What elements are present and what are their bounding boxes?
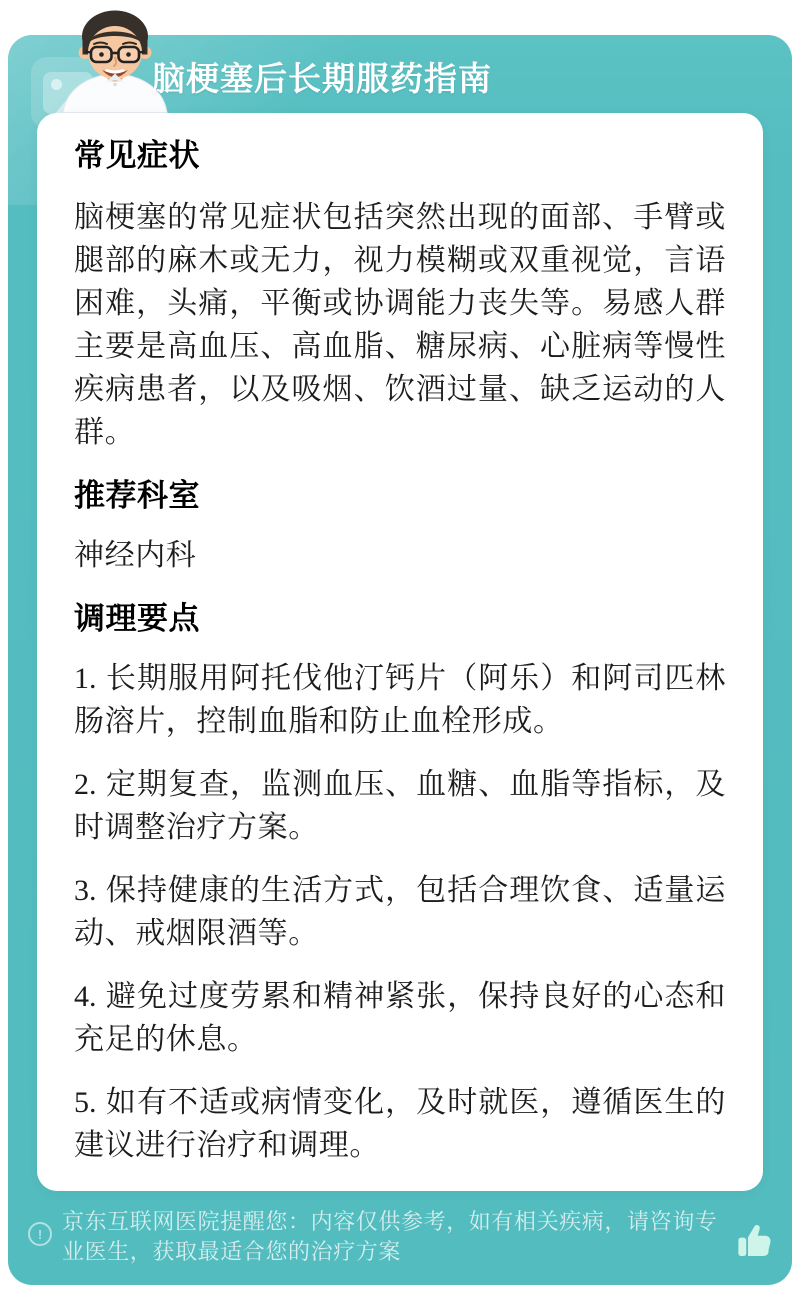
info-icon: ! [28,1222,52,1246]
care-item-5-number: 5. [74,1086,97,1119]
thumbs-up-icon[interactable] [734,1221,776,1263]
care-item-3: 3.保持健康的生活方式，包括合理饮食、适量运动、戒烟限酒等。 [74,869,726,955]
disclaimer-text: 京东互联网医院提醒您：内容仅供参考，如有相关疾病，请咨询专业医生，获取最适合您的… [62,1207,738,1267]
department-value: 神经内科 [74,534,726,577]
page-title: 脑梗塞后长期服药指南 [152,53,492,100]
content-card: 常见症状 脑梗塞的常见症状包括突然出现的面部、手臂或腿部的麻木或无力，视力模糊或… [37,113,763,1191]
care-item-1: 1.长期服用阿托伐他汀钙片（阿乐）和阿司匹林肠溶片，控制血脂和防止血栓形成。 [74,657,726,743]
care-item-3-text: 保持健康的生活方式，包括合理饮食、适量运动、戒烟限酒等。 [74,874,726,950]
symptoms-paragraph: 脑梗塞的常见症状包括突然出现的面部、手臂或腿部的麻木或无力，视力模糊或双重视觉，… [74,196,726,454]
care-item-1-text: 长期服用阿托伐他汀钙片（阿乐）和阿司匹林肠溶片，控制血脂和防止血栓形成。 [74,662,726,738]
care-item-5: 5.如有不适或病情变化，及时就医，遵循医生的建议进行治疗和调理。 [74,1081,726,1167]
care-item-2-text: 定期复查，监测血压、血糖、血脂等指标，及时调整治疗方案。 [74,768,726,844]
care-item-4: 4.避免过度劳累和精神紧张，保持良好的心态和充足的休息。 [74,975,726,1061]
care-item-5-text: 如有不适或病情变化，及时就医，遵循医生的建议进行治疗和调理。 [74,1086,726,1162]
care-item-4-number: 4. [74,980,97,1013]
section-heading-care: 调理要点 [74,601,726,637]
care-item-2-number: 2. [74,768,97,801]
section-heading-department: 推荐科室 [74,478,726,514]
care-item-2: 2.定期复查，监测血压、血糖、血脂等指标，及时调整治疗方案。 [74,763,726,849]
care-item-4-text: 避免过度劳累和精神紧张，保持良好的心态和充足的休息。 [74,980,726,1056]
care-item-3-number: 3. [74,874,97,907]
care-item-1-number: 1. [74,662,97,695]
footer-disclaimer-bar: ! 京东互联网医院提醒您：内容仅供参考，如有相关疾病，请咨询专业医生，获取最适合… [8,1207,792,1267]
section-heading-symptoms: 常见症状 [74,138,726,174]
